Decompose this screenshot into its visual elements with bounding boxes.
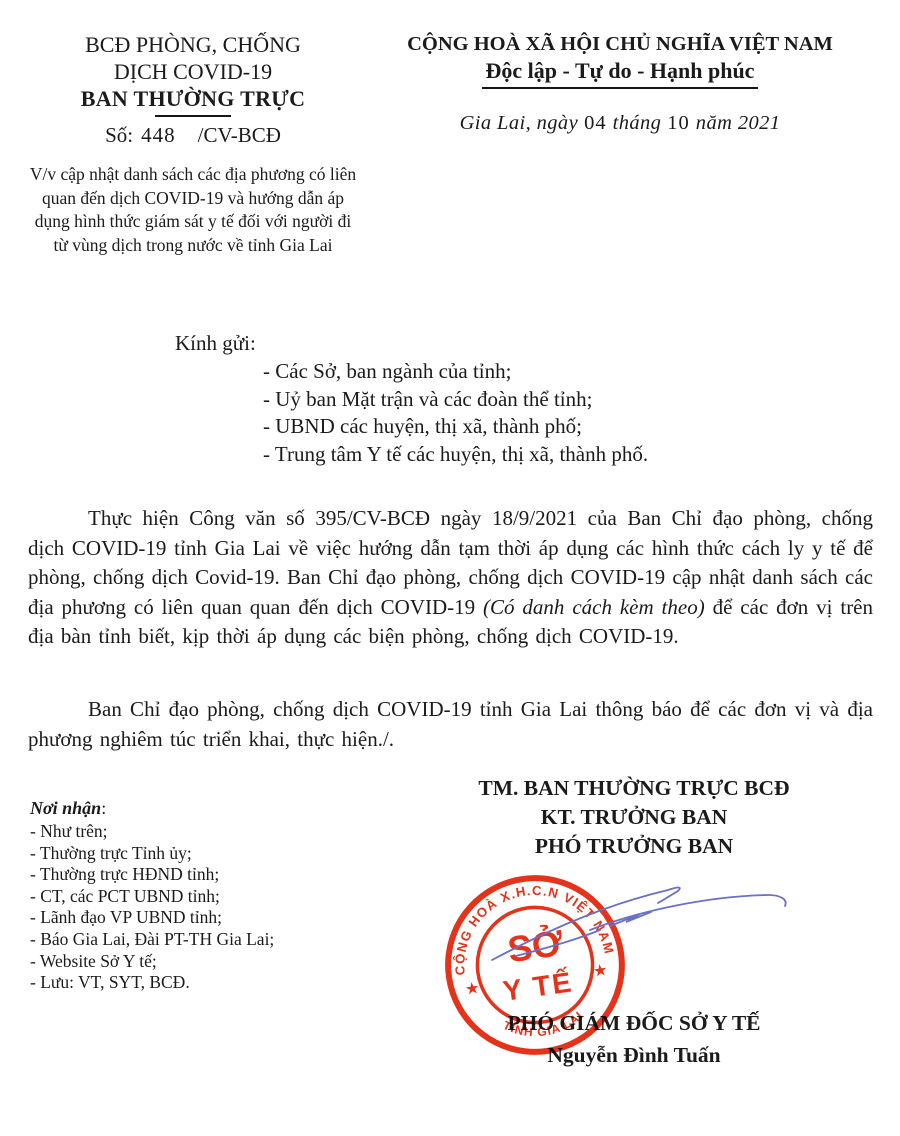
document-number-suffix: /CV-BCĐ	[198, 123, 281, 147]
signature-authority-line3: PHÓ TRƯỞNG BAN	[448, 832, 820, 861]
national-motto-block: CỘNG HOÀ XÃ HỘI CHỦ NGHĨA VIỆT NAM Độc l…	[366, 31, 874, 135]
recipient-line: - Trung tâm Y tế các huyện, thị xã, thàn…	[263, 441, 900, 469]
body-paragraph-1: Thực hiện Công văn số 395/CV-BCĐ ngày 18…	[28, 504, 873, 652]
salutation-recipient-list: - Các Sở, ban ngành của tỉnh; - Uỷ ban M…	[0, 358, 900, 468]
national-motto: Độc lập - Tự do - Hạnh phúc	[482, 58, 759, 89]
body-paragraph-2: Ban Chỉ đạo phòng, chống dịch COVID-19 t…	[28, 695, 873, 754]
seal-star-left-icon: ★	[465, 979, 480, 997]
cc-list-block: Nơi nhận: - Như trên; - Thường trực Tỉnh…	[30, 796, 370, 994]
body-p1-italic-note: (Có danh cách kèm theo)	[483, 595, 705, 619]
signature-stroke	[590, 895, 786, 930]
date-day: 04	[578, 112, 613, 134]
cc-line: - CT, các PCT UBND tỉnh;	[30, 886, 370, 908]
signature-stroke	[610, 912, 651, 926]
document-number-prefix: Số:	[105, 123, 133, 147]
date-month: 10	[661, 112, 696, 134]
signature-authority-line2: KT. TRƯỞNG BAN	[448, 803, 820, 832]
document-subject: V/v cập nhật danh sách các địa phương có…	[26, 163, 360, 257]
national-name: CỘNG HOÀ XÃ HỘI CHỦ NGHĨA VIỆT NAM	[366, 31, 874, 57]
org-name-line2: DỊCH COVID-19	[26, 58, 360, 85]
salutation-label: Kính gửi:	[0, 329, 900, 358]
cc-line: - Website Sở Y tế;	[30, 951, 370, 973]
cc-line: - Thường trực HĐND tỉnh;	[30, 864, 370, 886]
issuing-org-block: BCĐ PHÒNG, CHỐNG DỊCH COVID-19 BAN THƯỜN…	[26, 31, 360, 257]
cc-line: - Lãnh đạo VP UBND tỉnh;	[30, 907, 370, 929]
place-date-line: Gia Lai, ngày04tháng10năm 2021	[366, 112, 874, 135]
cc-list-items: - Như trên; - Thường trực Tỉnh ủy; - Thư…	[30, 821, 370, 994]
date-part2: tháng	[613, 112, 662, 134]
org-name-line1: BCĐ PHÒNG, CHỐNG	[26, 31, 360, 58]
signature-stroke	[492, 888, 680, 961]
signature-authority-block: TM. BAN THƯỜNG TRỰC BCĐ KT. TRƯỞNG BAN P…	[448, 774, 820, 861]
document-number-line: Số:448/CV-BCĐ	[26, 122, 360, 148]
recipient-line: - UBND các huyện, thị xã, thành phố;	[263, 413, 900, 441]
cc-line: - Thường trực Tỉnh ủy;	[30, 843, 370, 865]
signature-stroke	[516, 930, 600, 956]
document-page: BCĐ PHÒNG, CHỐNG DỊCH COVID-19 BAN THƯỜN…	[0, 0, 900, 1136]
recipient-line: - Các Sở, ban ngành của tỉnh;	[263, 358, 900, 386]
document-number-value: 448	[141, 123, 176, 147]
date-part3: năm 2021	[696, 112, 781, 134]
recipient-line: - Uỷ ban Mặt trận và các đoàn thể tỉnh;	[263, 386, 900, 414]
signature-authority-line1: TM. BAN THƯỜNG TRỰC BCĐ	[448, 774, 820, 803]
cc-list-label: Nơi nhận:	[30, 796, 370, 821]
org-divider-rule	[155, 115, 231, 117]
date-part1: Gia Lai, ngày	[460, 112, 579, 134]
cc-line: - Như trên;	[30, 821, 370, 843]
org-name-line3: BAN THƯỜNG TRỰC	[26, 85, 360, 113]
salutation-block: Kính gửi: - Các Sở, ban ngành của tỉnh; …	[0, 329, 900, 468]
cc-line: - Báo Gia Lai, Đài PT-TH Gia Lai;	[30, 929, 370, 951]
cc-line: - Lưu: VT, SYT, BCĐ.	[30, 972, 370, 994]
handwritten-signature	[472, 866, 802, 978]
